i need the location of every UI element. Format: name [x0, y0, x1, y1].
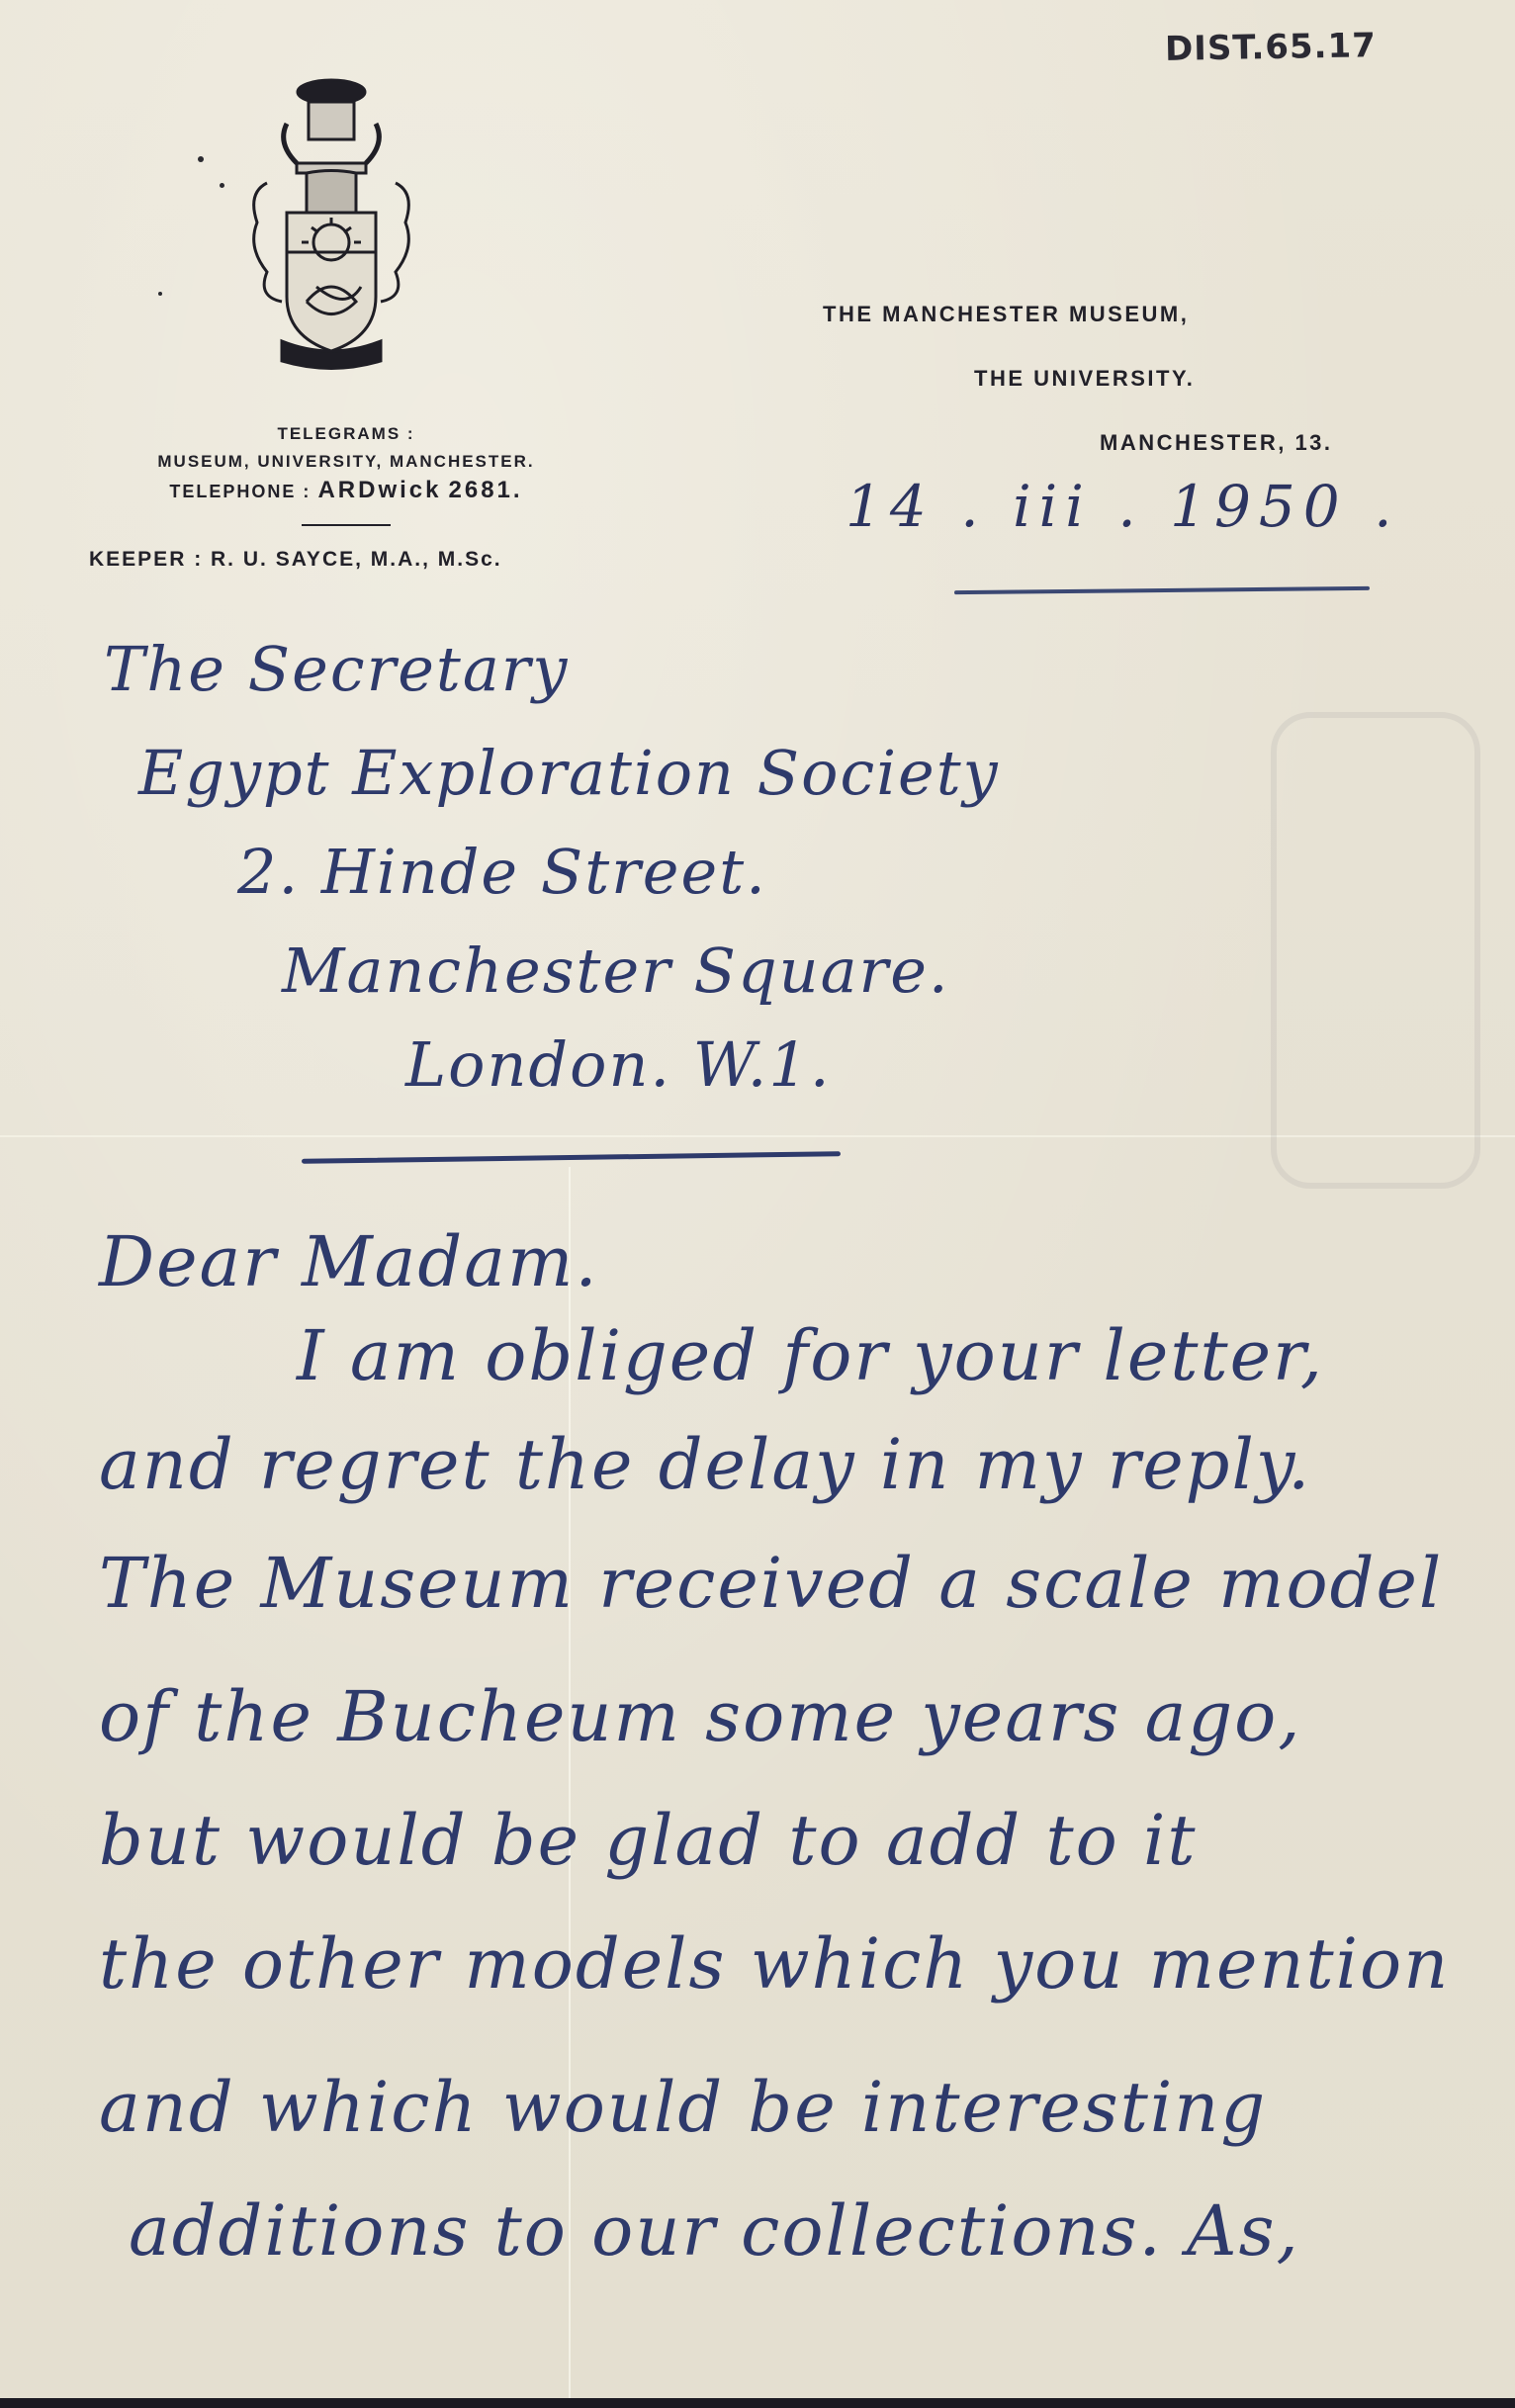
telephone-number: 2681.	[449, 477, 523, 503]
body-line: and which would be interesting	[99, 2067, 1267, 2148]
letterhead-divider	[302, 524, 391, 526]
body-line: but would be glad to add to it	[99, 1800, 1198, 1881]
archive-reference: DIST.65.17	[1165, 26, 1378, 69]
keeper-name: KEEPER : R. U. SAYCE, M.A., M.Sc.	[89, 548, 593, 572]
body-line: The Museum received a scale model	[99, 1543, 1443, 1624]
faint-stamp-impression	[1271, 712, 1480, 1189]
telephone-exchange: ARDwick	[317, 477, 441, 503]
recipient-street: 2. Hinde Street.	[237, 836, 767, 908]
scan-bottom-edge	[0, 2398, 1515, 2408]
letterhead-contact-block: TELEGRAMS : MUSEUM, UNIVERSITY, MANCHEST…	[99, 420, 593, 572]
body-line: I am obliged for your letter,	[297, 1315, 1324, 1396]
letter-date: 14 . iii . 1950 .	[846, 473, 1400, 540]
telegrams-label: TELEGRAMS :	[99, 420, 593, 448]
telegrams-address: MUSEUM, UNIVERSITY, MANCHESTER.	[99, 448, 593, 476]
ink-speck	[220, 183, 224, 188]
institution-university: THE UNIVERSITY.	[974, 366, 1195, 392]
recipient-title: The Secretary	[104, 633, 569, 705]
body-line: of the Bucheum some years ago,	[99, 1676, 1302, 1757]
letter-page	[0, 0, 1515, 2398]
recipient-organization: Egypt Exploration Society	[138, 737, 1000, 809]
institution-city: MANCHESTER, 13.	[1100, 430, 1333, 456]
body-line: the other models which you mention	[99, 1923, 1450, 2005]
recipient-city: London. W.1.	[405, 1028, 832, 1101]
telephone-label: TELEPHONE :	[169, 482, 311, 501]
ink-speck	[198, 156, 204, 162]
university-crest-icon	[247, 74, 415, 371]
body-line: and regret the delay in my reply.	[99, 1424, 1311, 1505]
institution-name: THE MANCHESTER MUSEUM,	[823, 302, 1189, 327]
salutation: Dear Madam.	[99, 1221, 599, 1302]
telephone-line: TELEPHONE : ARDwick 2681.	[99, 476, 593, 506]
ink-speck	[158, 292, 162, 296]
body-line: additions to our collections. As,	[129, 2190, 1300, 2272]
recipient-square: Manchester Square.	[282, 935, 950, 1007]
